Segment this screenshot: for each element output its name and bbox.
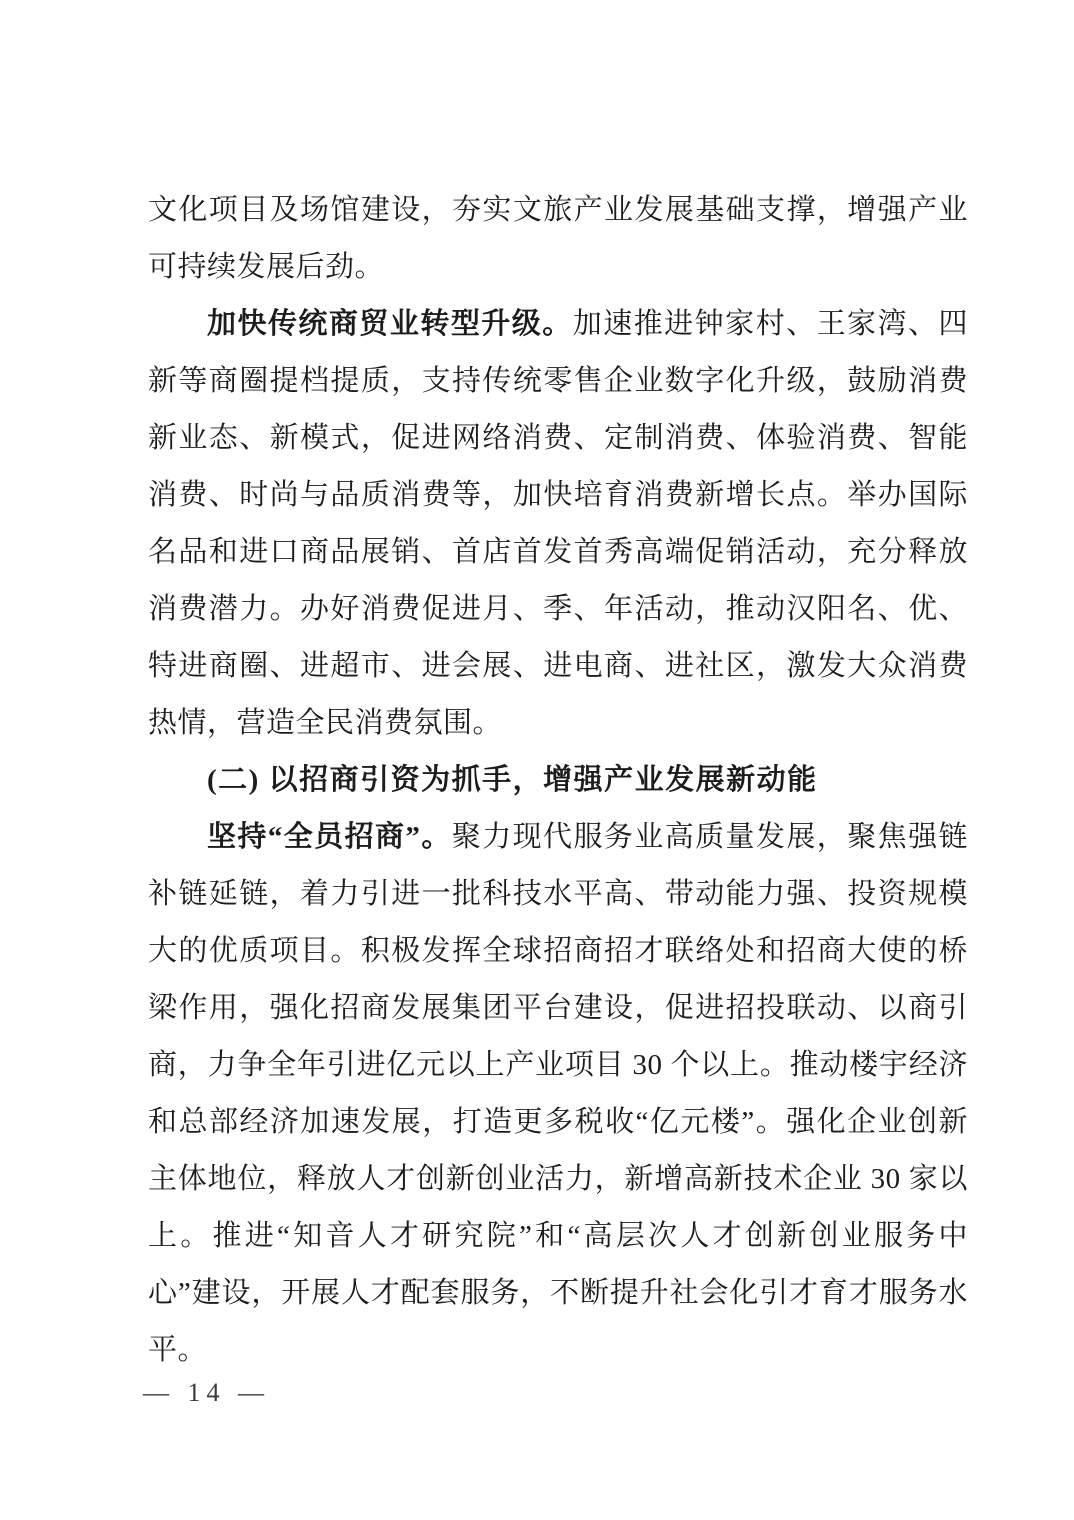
page-content: 文化项目及场馆建设，夯实文旅产业发展基础支撑，增强产业可持续发展后劲。 加快传统… [148, 182, 968, 1379]
paragraph-investment: 坚持“全员招商”。聚力现代服务业高质量发展，聚焦强链补链延链，着力引进一批科技水… [148, 809, 968, 1379]
paragraph-commerce-upgrade: 加快传统商贸业转型升级。加速推进钟家村、王家湾、四新等商圈提档提质，支持传统零售… [148, 296, 968, 752]
page-footer: — 14 — [143, 1378, 270, 1408]
paragraph-text: 文化项目及场馆建设，夯实文旅产业发展基础支撑，增强产业可持续发展后劲。 [148, 194, 968, 283]
paragraph-text: 聚力现代服务业高质量发展，聚焦强链补链延链，着力引进一批科技水平高、带动能力强、… [148, 821, 968, 1366]
document-page: 文化项目及场馆建设，夯实文旅产业发展基础支撑，增强产业可持续发展后劲。 加快传统… [0, 0, 1074, 1520]
paragraph-lead: 坚持“全员招商”。 [207, 821, 452, 853]
page-number: — 14 — [143, 1378, 270, 1407]
section-heading-text: (二) 以招商引资为抓手，增强产业发展新动能 [207, 764, 818, 796]
paragraph-text: 加速推进钟家村、王家湾、四新等商圈提档提质，支持传统零售企业数字化升级，鼓励消费… [148, 308, 968, 739]
section-heading-investment: (二) 以招商引资为抓手，增强产业发展新动能 [148, 752, 968, 809]
paragraph-continuation: 文化项目及场馆建设，夯实文旅产业发展基础支撑，增强产业可持续发展后劲。 [148, 182, 968, 296]
paragraph-lead: 加快传统商贸业转型升级。 [207, 308, 573, 340]
